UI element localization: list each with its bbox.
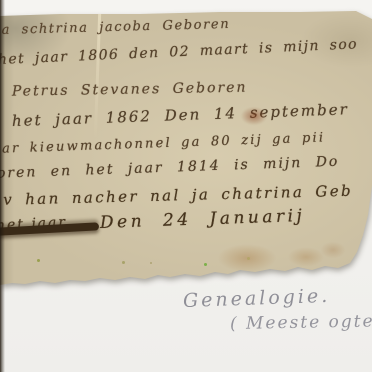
paper-speck [122, 261, 125, 264]
ink-smudge [241, 107, 267, 125]
pencil-annotation-note: ( Meeste ogte [230, 311, 372, 334]
paper-speck [204, 263, 207, 266]
photo-left-edge [0, 0, 5, 372]
handwriting-line-7: lv han nacher nal ja chatrina Geb [0, 182, 353, 209]
handwriting-line-5: kar kieuwmachonnel ga 80 zij ga pii [0, 130, 325, 157]
paper-speck [150, 262, 152, 264]
handwriting-line-4: het jaar 1862 Den 14 september [12, 100, 349, 130]
paper-speck [247, 257, 250, 260]
handwriting-line-2: het jaar 1806 den 02 maart is mijn soo [0, 36, 358, 68]
photo: ja schtrina jacoba Geboren het jaar 1806… [0, 0, 372, 372]
handwriting-line-6: boren en het jaar 1814 is mijn Do [0, 154, 340, 182]
handwriting-line-8: Den 24 Januarij [100, 206, 306, 233]
handwriting-line-1: ja schtrina jacoba Geboren [0, 17, 230, 38]
handwriting-line-3: l Petrus Stevanes Geboren [0, 80, 248, 100]
paper-speck [37, 259, 40, 262]
